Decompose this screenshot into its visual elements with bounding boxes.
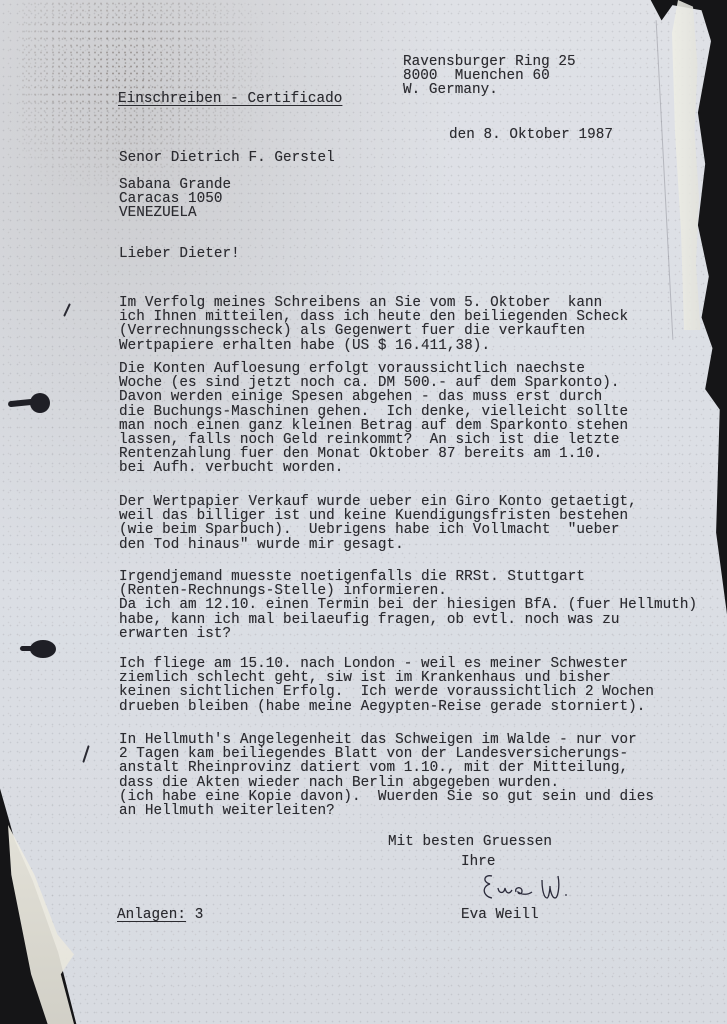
text-line: (wie beim Sparbuch). Uebrigens habe ich … <box>119 523 637 537</box>
enclosures-count: 3 <box>195 907 204 923</box>
recipient-address-line: Sabana Grande <box>119 178 231 192</box>
text-line: bei Aufh. verbucht worden. <box>119 461 628 475</box>
enclosures-label: Anlagen: <box>117 907 186 923</box>
text-line: dass die Akten wieder nach Berlin abgege… <box>119 776 654 790</box>
text-line: an Hellmuth weiterleiten? <box>119 804 654 818</box>
signer-name: Eva Weill <box>461 908 539 922</box>
paragraph-cheque: Im Verfolg meines Schreibens an Sie vom … <box>119 296 628 353</box>
enclosures: Anlagen: 3 <box>117 908 203 922</box>
text-line: habe, kann ich mal beilaeufig fragen, ob… <box>119 613 697 627</box>
recipient-address-line: Caracas 1050 <box>119 192 231 206</box>
text-line: Davon werden einige Spesen abgehen - das… <box>119 390 628 404</box>
recipient-address: Sabana Grande Caracas 1050 VENEZUELA <box>119 178 231 221</box>
paragraph-account-closure: Die Konten Aufloesung erfolgt voraussich… <box>119 362 628 476</box>
paragraph-pension-office: Irgendjemand muesste noetigenfalls die R… <box>119 570 697 641</box>
text-line: die Buchungs-Maschinen gehen. Ich denke,… <box>119 405 628 419</box>
handwritten-signature: Eva W. <box>478 868 578 908</box>
text-line: erwarten ist? <box>119 627 697 641</box>
paragraph-securities-sale: Der Wertpapier Verkauf wurde ueber ein G… <box>119 495 637 552</box>
sender-address-line: 8000 Muenchen 60 <box>403 69 576 83</box>
text-line: den Tod hinaus" wurde mir gesagt. <box>119 538 637 552</box>
paragraph-hellmuth-matter: In Hellmuth's Angelegenheit das Schweige… <box>119 733 654 818</box>
text-line: keinen sichtlichen Erfolg. Ich werde vor… <box>119 685 654 699</box>
text-line: Da ich am 12.10. einen Termin bei der hi… <box>119 598 697 612</box>
text-line: (Verrechnungsscheck) als Gegenwert fuer … <box>119 324 628 338</box>
text-line: Wertpapiere erhalten habe (US $ 16.411,3… <box>119 339 628 353</box>
salutation: Lieber Dieter! <box>119 247 240 261</box>
recipient-name: Senor Dietrich F. Gerstel <box>119 151 335 165</box>
sender-address-line: W. Germany. <box>403 83 576 97</box>
closing-phrase: Mit besten Gruessen <box>388 835 552 849</box>
text-line: man noch einen ganz kleinen Betrag auf d… <box>119 419 628 433</box>
letter-content: Ravensburger Ring 25 8000 Muenchen 60 W.… <box>0 0 727 1024</box>
letter-date: den 8. Oktober 1987 <box>449 128 613 142</box>
recipient-address-line: VENEZUELA <box>119 206 231 220</box>
sender-address: Ravensburger Ring 25 8000 Muenchen 60 W.… <box>403 55 576 98</box>
registered-mail-note: Einschreiben - Certificado <box>118 92 342 106</box>
paragraph-london-trip: Ich fliege am 15.10. nach London - weil … <box>119 657 654 714</box>
text-line: (ich habe eine Kopie davon). Wuerden Sie… <box>119 790 654 804</box>
text-line: anstalt Rheinprovinz datiert vom 1.10., … <box>119 761 654 775</box>
text-line: drueben bleiben (habe meine Aegypten-Rei… <box>119 700 654 714</box>
